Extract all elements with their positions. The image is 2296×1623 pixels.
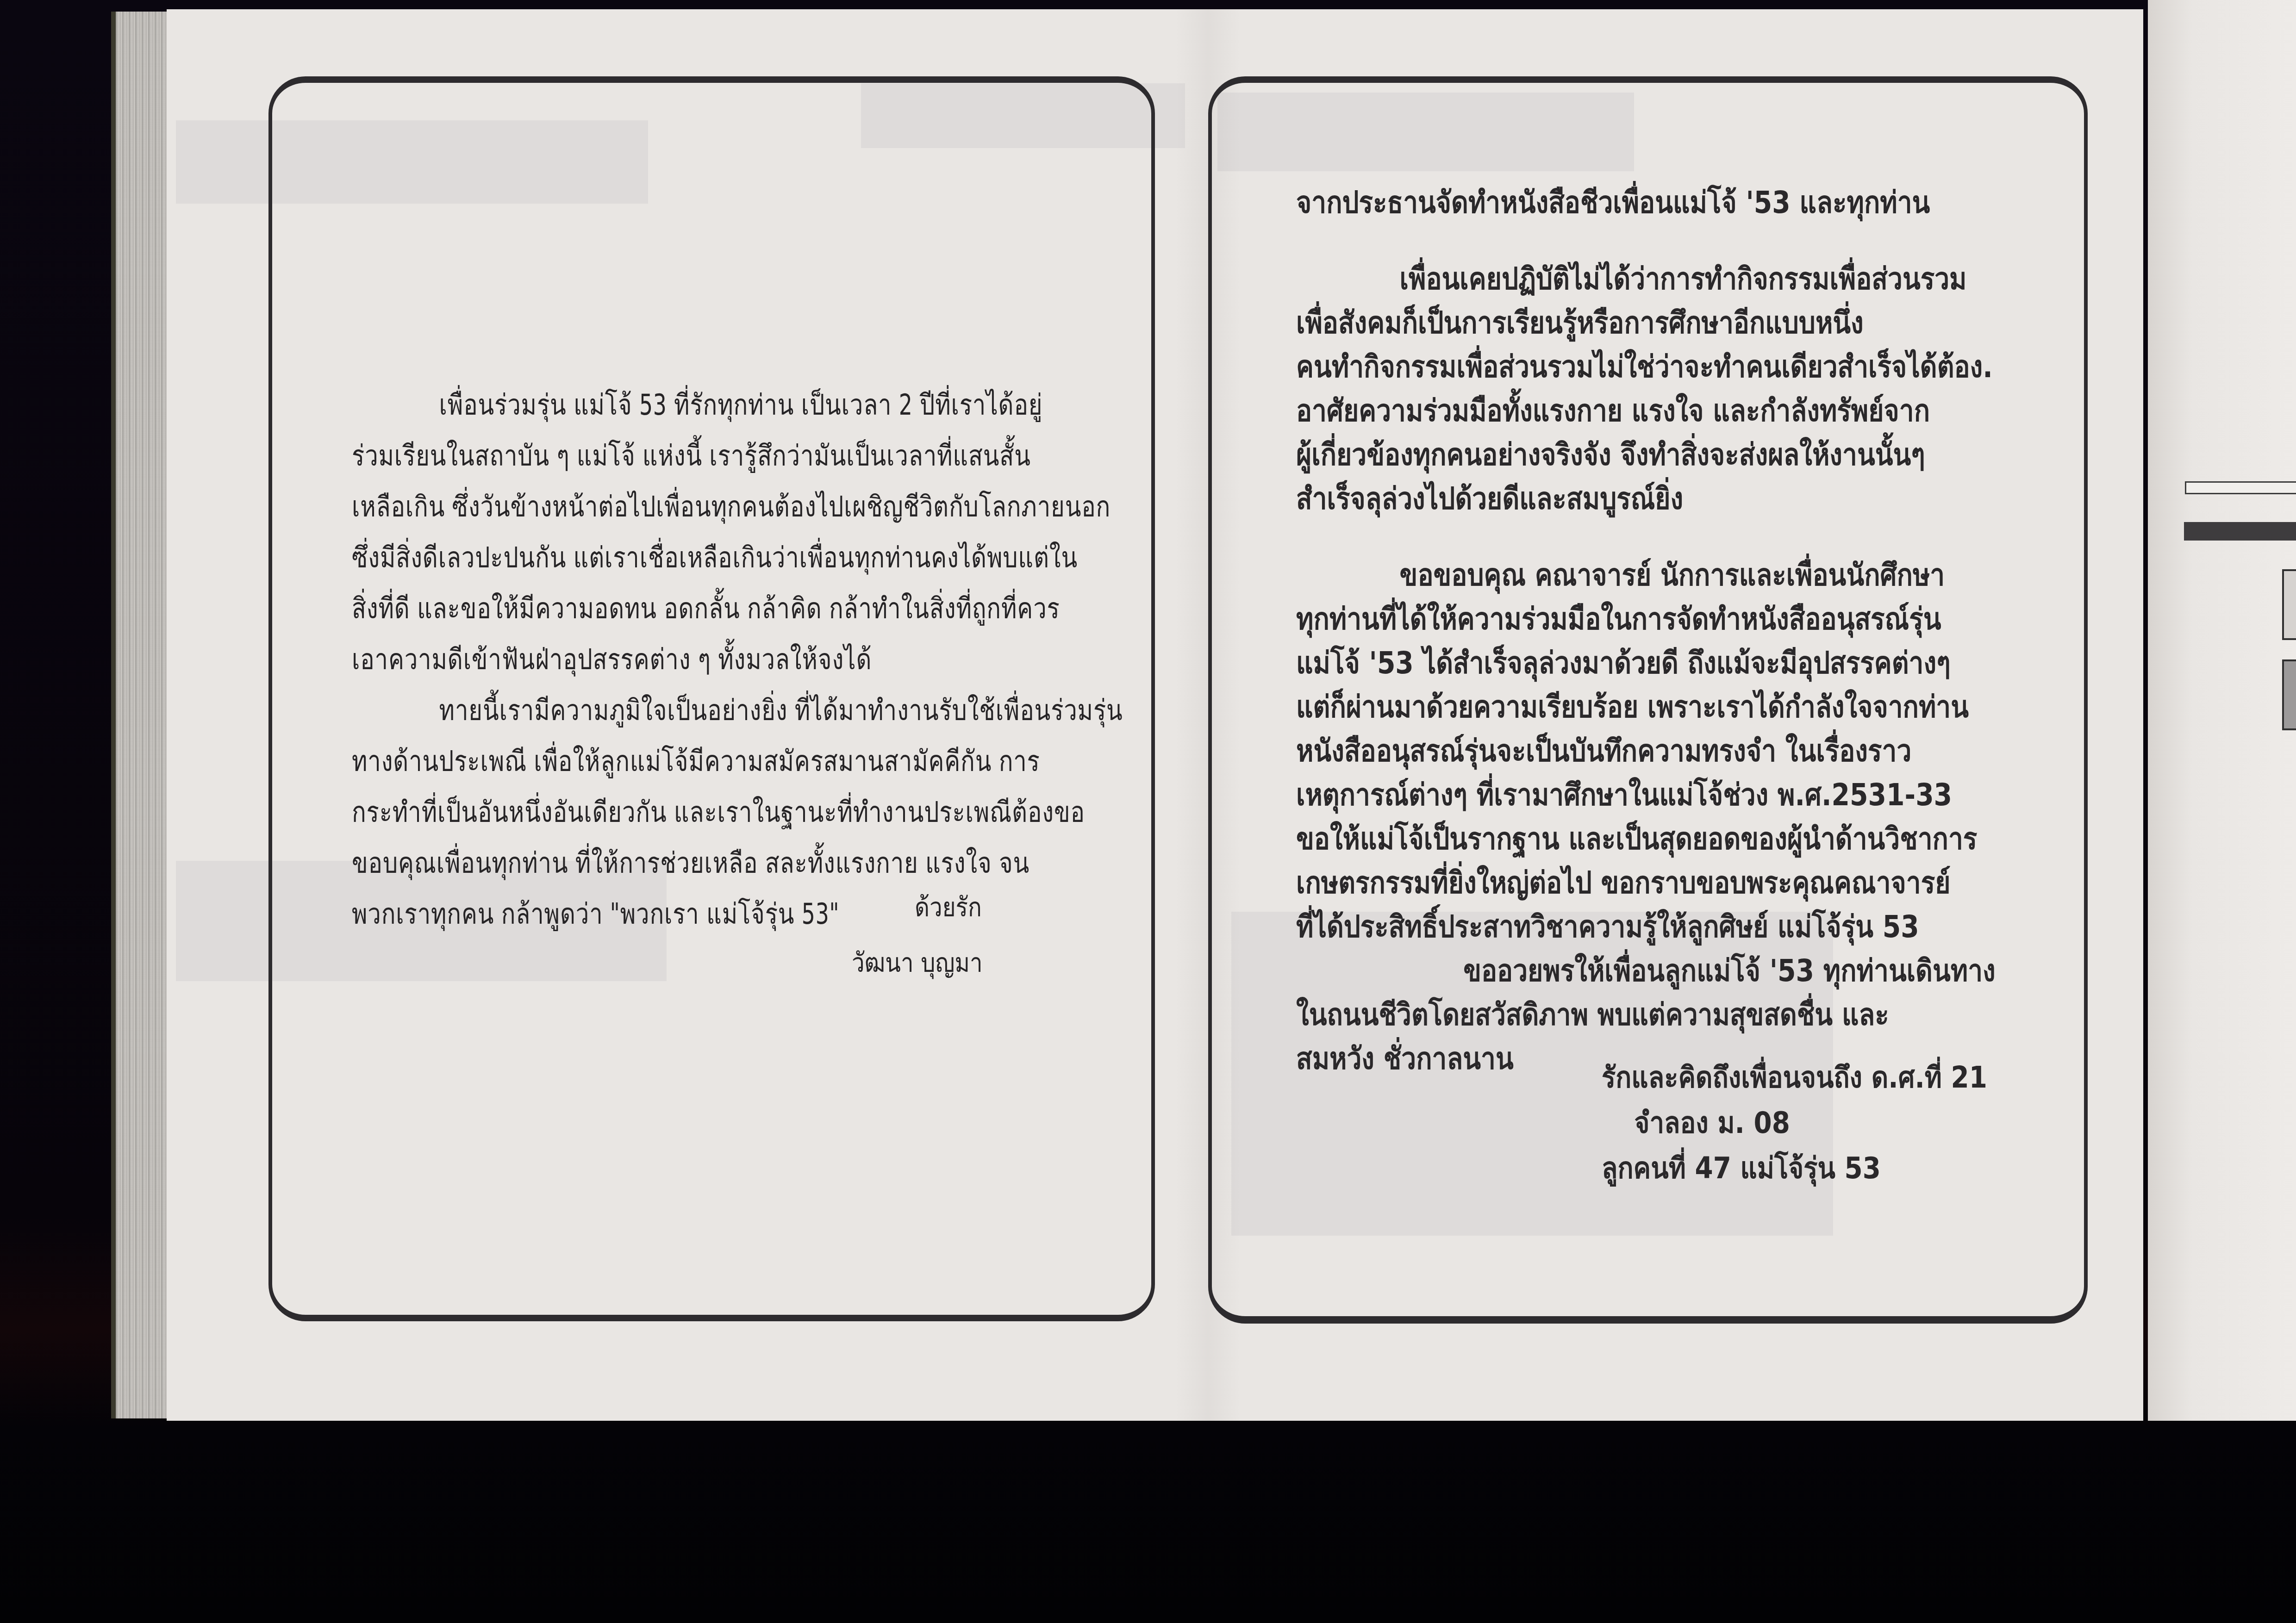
- letter-signature: วัฒนา บุญมา: [852, 935, 983, 990]
- letter-line: อาศัยความร่วมมือทั้งแรงกาย แรงใจ และกำลั…: [1296, 389, 1933, 433]
- letter-line: เหตุการณ์ต่างๆ ที่เรามาศึกษาในแม่โจ้ช่วง…: [1296, 773, 1933, 817]
- letter-line: ขออวยพรให้เพื่อนลูกแม่โจ้ '53 ทุกท่านเดิ…: [1296, 949, 1933, 993]
- book-page-edges: [111, 12, 171, 1418]
- signature-line: จำลอง ม. 08: [1602, 1101, 1987, 1146]
- letter-closing: ด้วยรัก: [852, 879, 983, 935]
- adjacent-page-rule-box: [2185, 481, 2296, 494]
- letter-line: ผู้เกี่ยวข้องทุกคนอย่างจริงจัง จึงทำสิ่ง…: [1296, 433, 1933, 477]
- adjacent-page-photo: [2282, 569, 2296, 640]
- adjacent-page-black-bar: [2184, 522, 2296, 541]
- letter-line: เพื่อสังคมก็เป็นการเรียนรู้หรือการศึกษาอ…: [1296, 301, 1933, 345]
- letter-line: ขอขอบคุณ คณาจารย์ นักการและเพื่อนนักศึกษ…: [1296, 553, 1933, 597]
- left-letter-signature-block: ด้วยรัก วัฒนา บุญมา: [852, 879, 983, 990]
- letter-line: เพื่อนเคยปฏิบัติไม่ได้ว่าการทำกิจกรรมเพื…: [1296, 257, 1933, 301]
- letter-line: กระทำที่เป็นอันหนึ่งอันเดียวกัน และเราใน…: [352, 787, 1004, 838]
- letter-line: ทางด้านประเพณี เพื่อให้ลูกแม่โจ้มีความสม…: [352, 736, 1004, 787]
- letter-line: เพื่อนร่วมรุ่น แม่โจ้ 53 ที่รักทุกท่าน เ…: [352, 379, 1004, 430]
- letter-line: เอาความดีเข้าฟันฝ่าอุปสรรคต่าง ๆ ทั้งมวล…: [352, 634, 1004, 685]
- letter-line: คนทำกิจกรรมเพื่อส่วนรวมไม่ใช่ว่าจะทำคนเด…: [1296, 345, 1933, 389]
- letter-salutation: จากประธานจัดทำหนังสือชีวเพื่อนแม่โจ้ '53…: [1296, 180, 1933, 224]
- letter-line: ที่ได้ประสิทธิ์ประสาทวิชาความรู้ให้ลูกศิ…: [1296, 905, 1933, 949]
- letter-line: สำเร็จลุล่วงไปด้วยดีและสมบูรณ์ยิ่ง: [1296, 477, 1933, 521]
- letter-line: ซึ่งมีสิ่งดีเลวปะปนกัน แต่เราเชื่อเหลือเ…: [352, 532, 1004, 583]
- letter-line: สิ่งที่ดี และขอให้มีความอดทน อดกลั้น กล้…: [352, 583, 1004, 634]
- letter-line: แม่โจ้ '53 ได้สำเร็จลุล่วงมาด้วยดี ถึงแม…: [1296, 641, 1933, 685]
- left-letter-body: เพื่อนร่วมรุ่น แม่โจ้ 53 ที่รักทุกท่าน เ…: [352, 379, 1004, 939]
- letter-line: ในถนนชีวิตโดยสวัสดิภาพ พบแต่ความสุขสดชื่…: [1296, 993, 1933, 1037]
- signature-line: ลูกคนที่ 47 แม่โจ้รุ่น 53: [1602, 1146, 1987, 1191]
- signature-line: รักและคิดถึงเพื่อนจนถึง ด.ศ.ที่ 21: [1602, 1055, 1987, 1101]
- right-letter-body: จากประธานจัดทำหนังสือชีวเพื่อนแม่โจ้ '53…: [1296, 180, 1933, 1081]
- letter-line: ทายนี้เรามีความภูมิใจเป็นอย่างยิ่ง ที่ได…: [352, 685, 1004, 736]
- adjacent-page-edge: [2148, 0, 2296, 1421]
- letter-line: ขอให้แม่โจ้เป็นรากฐาน และเป็นสุดยอดของผู…: [1296, 817, 1933, 861]
- letter-line: หนังสืออนุสรณ์รุ่นจะเป็นบันทึกความทรงจำ …: [1296, 729, 1933, 773]
- letter-line: เกษตรกรรมที่ยิ่งใหญ่ต่อไป ขอกราบขอบพระคุ…: [1296, 861, 1933, 905]
- letter-line: ร่วมเรียนในสถาบัน ๆ แม่โจ้ แห่งนี้ เรารู…: [352, 430, 1004, 481]
- right-letter-signature-block: รักและคิดถึงเพื่อนจนถึง ด.ศ.ที่ 21 จำลอง…: [1602, 1055, 1987, 1191]
- adjacent-page-photo: [2282, 659, 2296, 730]
- letter-line: แต่ก็ผ่านมาด้วยความเรียบร้อย เพราะเราได้…: [1296, 685, 1933, 729]
- letter-line: เหลือเกิน ซึ่งวันข้างหน้าต่อไปเพื่อนทุกค…: [352, 481, 1004, 532]
- letter-line: ทุกท่านที่ได้ให้ความร่วมมือในการจัดทำหนั…: [1296, 597, 1933, 641]
